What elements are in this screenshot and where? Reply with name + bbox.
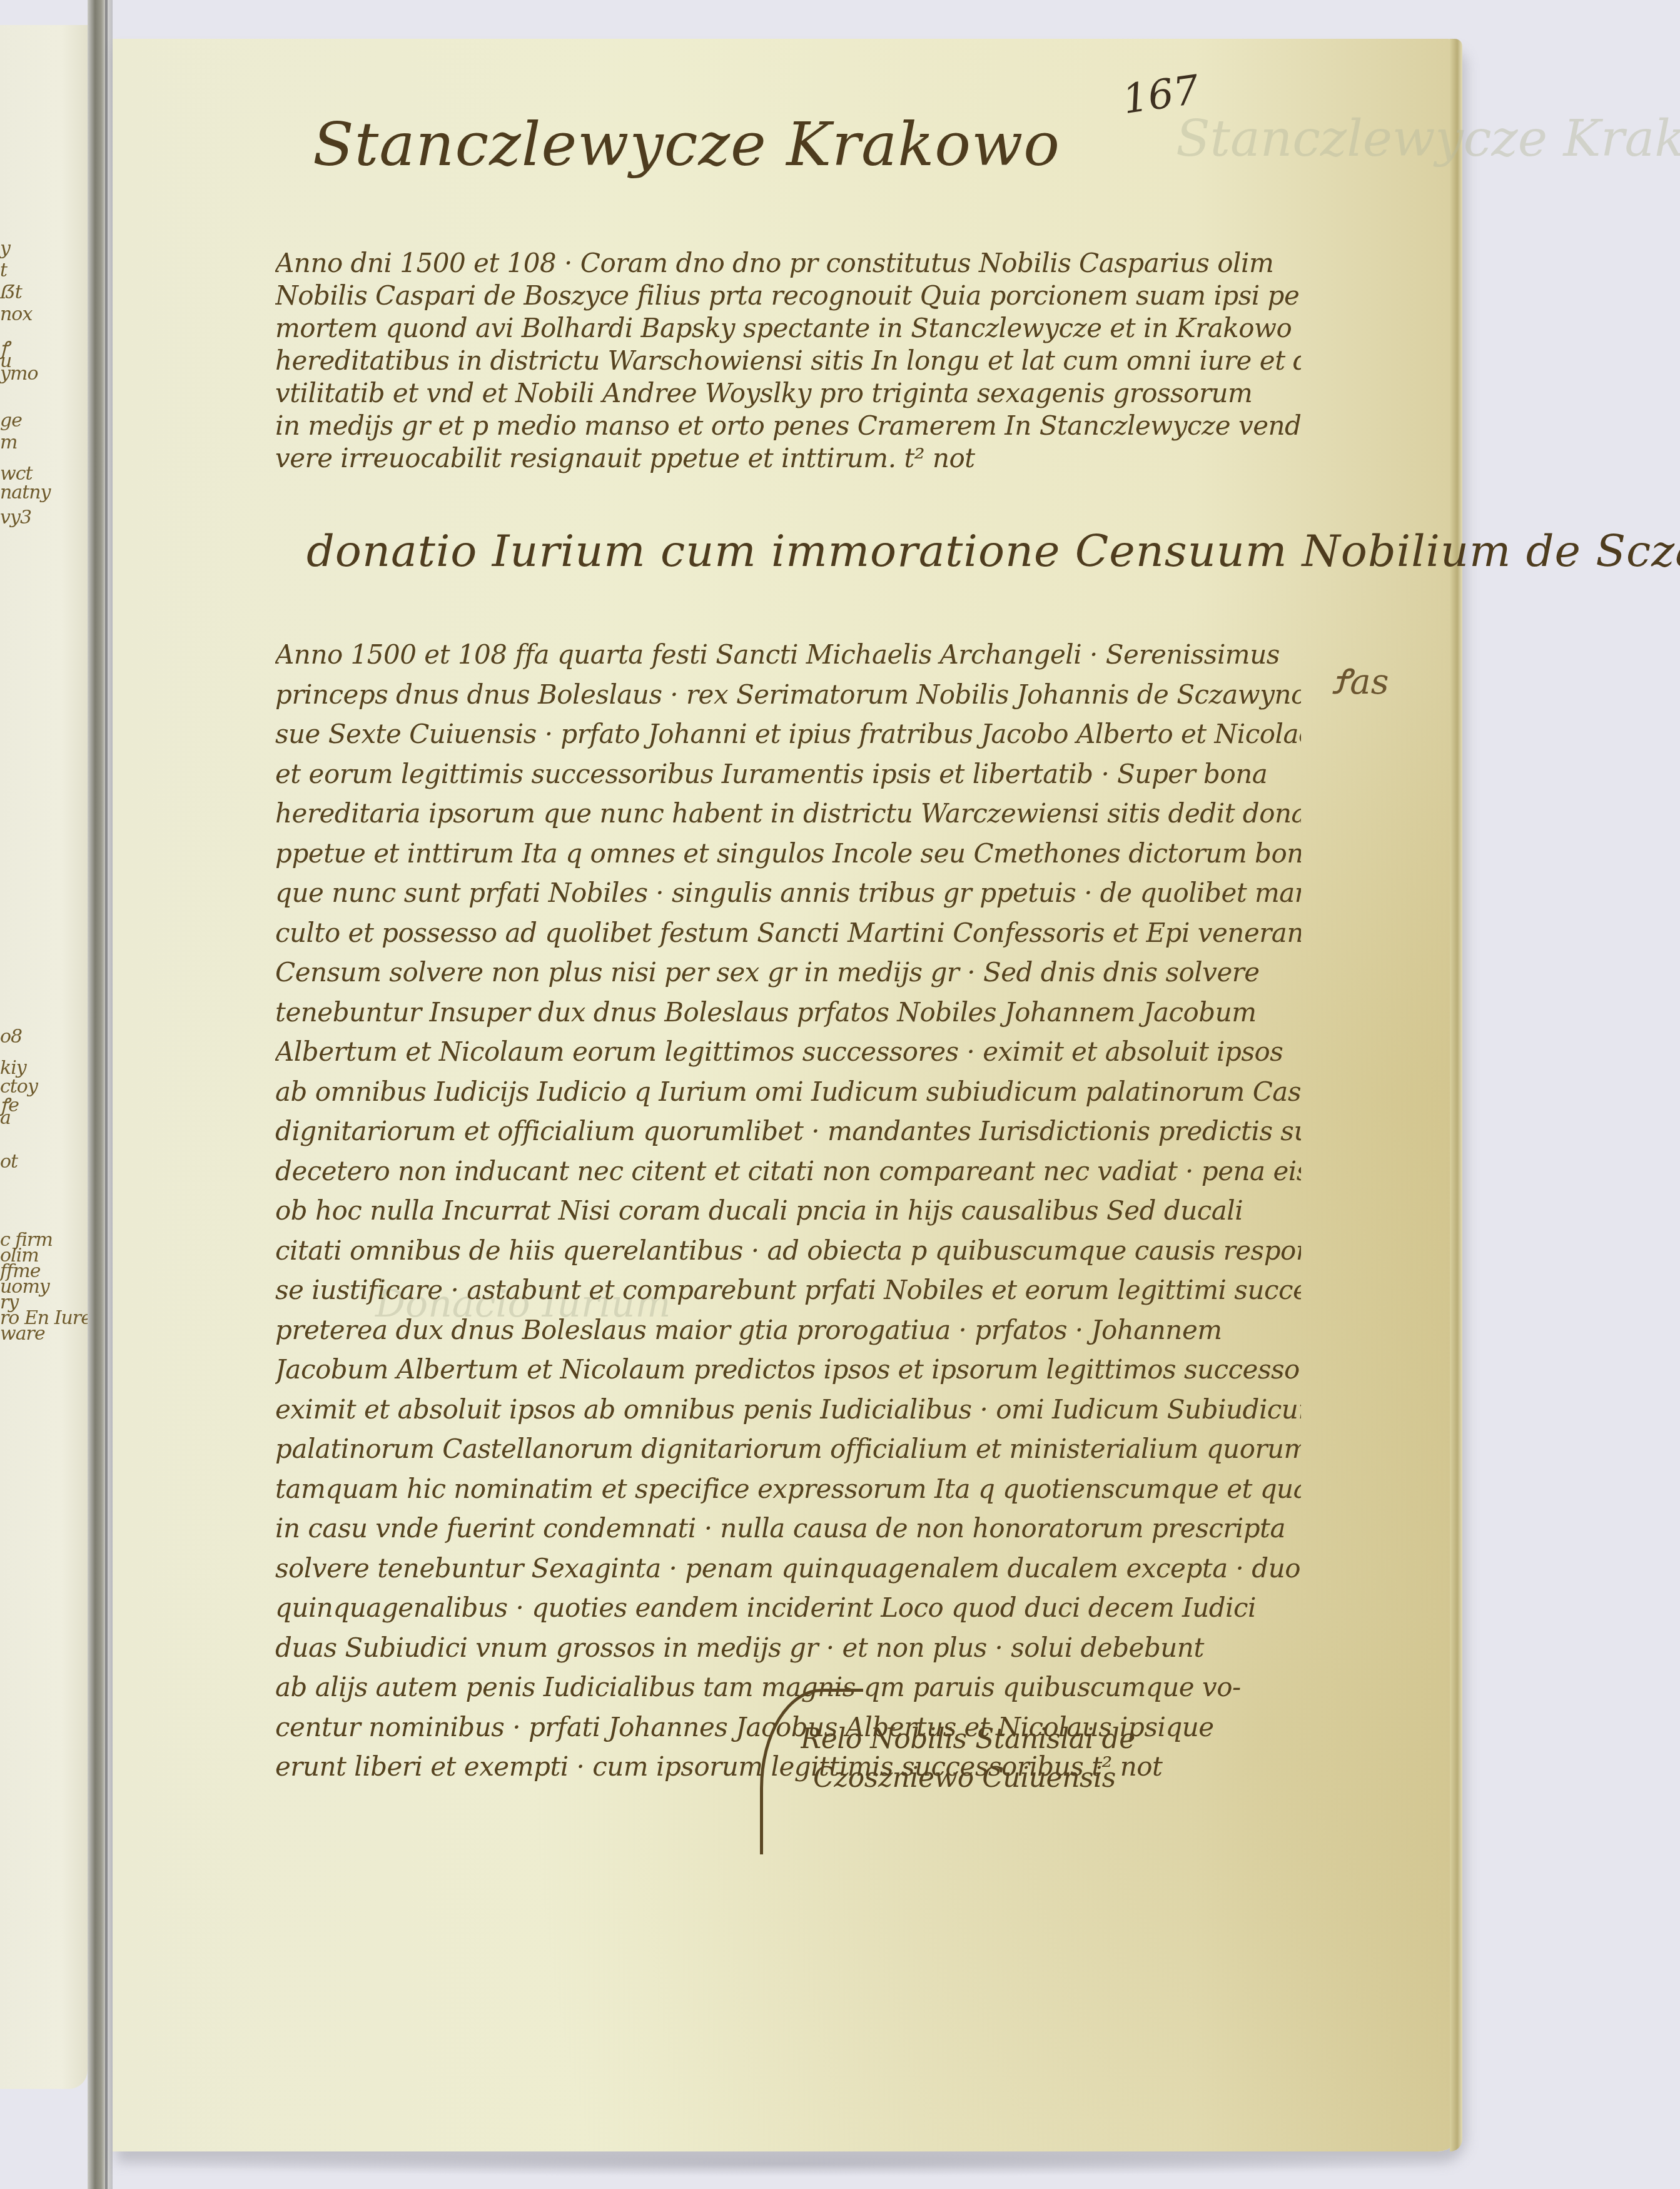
text-line: tamquam hic nominatim et specifice expre… [275,1469,1301,1509]
text-line: ppetue et inttirum Ita q omnes et singul… [275,834,1301,874]
verso-note: t [0,260,7,281]
text-line: in casu vnde fuerint condemnati · nulla … [275,1509,1301,1549]
text-line: mortem quond avi Bolhardi Bapsky spectan… [275,312,1301,345]
verso-note: vy3 [0,507,31,528]
text-line: palatinorum Castellanorum dignitariorum … [275,1429,1301,1469]
text-line: sue Sexte Cuiuensis · prfato Johanni et … [275,714,1301,754]
text-line: Censum solvere non plus nisi per sex gr … [275,953,1301,993]
text-line: culto et possesso ad quolibet festum San… [275,913,1301,953]
verso-note: ot [0,1151,18,1173]
book-gutter [88,0,113,2189]
verso-note: natny [0,482,51,503]
text-line: se iustificare · astabunt et comparebunt… [275,1270,1301,1310]
page-fore-edge [1450,39,1462,2151]
text-line: tenebuntur Insuper dux dnus Boleslaus pr… [275,993,1301,1033]
verso-note: ge [0,410,22,432]
page-shadow [113,2151,1464,2176]
text-line: Anno 1500 et 108 ffa quarta festi Sancti… [275,635,1301,675]
text-line: solvere tenebuntur Sexaginta · penam qui… [275,1549,1301,1589]
verso-note: m [0,432,17,453]
text-line: decetero non inducant nec citent et cita… [275,1151,1301,1191]
relator-signature: Relo Nobilis Stanislai de Czoszniewo Cui… [801,1720,1135,1797]
text-line: Nobilis Caspari de Boszyce filius prta r… [275,280,1301,312]
verso-note: y [0,238,10,260]
verso-page: ytẞtnoxꝭuymogemwctnatnyvy3o8kiyctoyꝭeaot… [0,25,88,2089]
signature-line: Czoszniewo Cuiuensis [801,1759,1135,1797]
text-line: Albertum et Nicolaum eorum legittimos su… [275,1032,1301,1072]
verso-note: ymo [0,363,38,385]
text-line: et eorum legittimis successoribus Iurame… [275,754,1301,794]
text-line: Jacobum Albertum et Nicolaum predictos i… [275,1350,1301,1390]
signature-line: Relo Nobilis Stanislai de [801,1720,1135,1759]
text-line: quinquagenalibus · quoties eandem incide… [275,1588,1301,1628]
entry-heading-stanczlewycze: Stanczlewycze Krakowo [313,109,1060,179]
verso-note: ware [0,1323,45,1345]
text-line: hereditatibus in districtu Warschowiensi… [275,345,1301,377]
entry-2-text: Anno 1500 et 108 ffa quarta festi Sancti… [275,635,1301,1787]
text-line: ab alijs autem penis Iudicialibus tam ma… [275,1667,1301,1707]
verso-note: o8 [0,1026,22,1048]
text-line: dignitariorum et officialium quorumlibet… [275,1111,1301,1151]
text-line: princeps dnus dnus Boleslaus · rex Serim… [275,675,1301,715]
verso-note: a [0,1107,11,1129]
text-line: Anno dni 1500 et 108 · Coram dno dno pr … [275,247,1301,280]
entry-heading-donatio: donatio Iurium cum immoratione Censuum N… [306,525,1680,577]
text-line: que nunc sunt prfati Nobiles · singulis … [275,873,1301,913]
verso-note: ẞt [0,281,22,303]
text-line: preterea dux dnus Boleslaus maior gtia p… [275,1310,1301,1350]
text-line: citati omnibus de hiis querelantibus · a… [275,1231,1301,1271]
text-line: duas Subiudici vnum grossos in medijs gr… [275,1628,1301,1668]
verso-note: nox [0,303,32,325]
text-line: in medijs gr et p medio manso et orto pe… [275,410,1301,442]
right-margin-note: Ꝭas [1332,657,1389,704]
text-line: ob hoc nulla Incurrat Nisi coram ducali … [275,1191,1301,1231]
text-line: eximit et absoluit ipsos ab omnibus peni… [275,1390,1301,1430]
text-line: ab omnibus Iudicijs Iudicio q Iurium omi… [275,1072,1301,1112]
text-line: vere irreuocabilit resignauit ppetue et … [275,442,1301,475]
glass-plate-edge [105,0,108,2189]
text-line: vtilitatib et vnd et Nobili Andree Woysl… [275,377,1301,410]
bleed-through-text: Stanczlewycze Krakowo [1176,109,1680,168]
entry-1-text: Anno dni 1500 et 108 · Coram dno dno pr … [275,247,1301,475]
text-line: hereditaria ipsorum que nunc habent in d… [275,794,1301,834]
